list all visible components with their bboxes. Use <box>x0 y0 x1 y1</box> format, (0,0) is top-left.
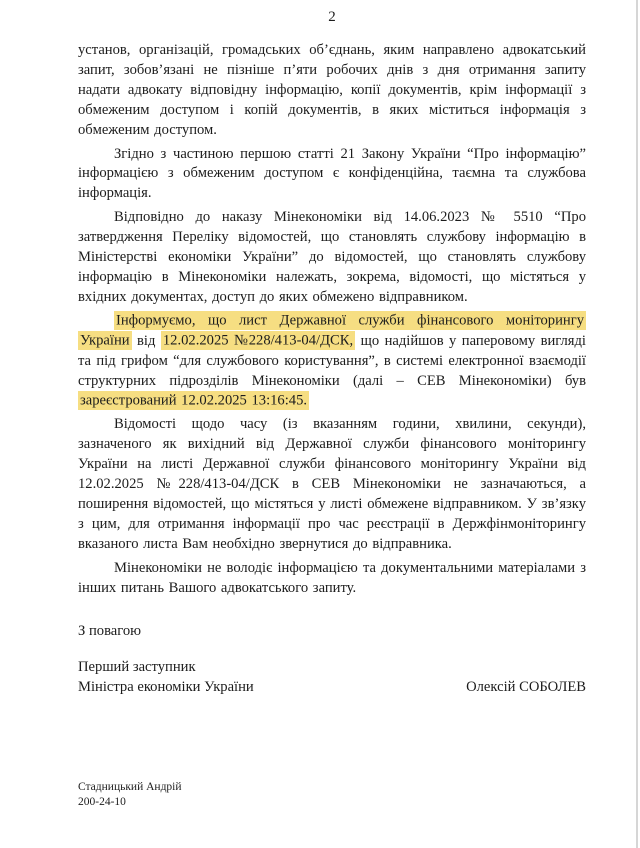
document-page: 2 установ, організацій, громадських об’є… <box>0 0 640 848</box>
document-body: установ, організацій, громадських об’єдн… <box>78 41 586 598</box>
paragraph: Мінекономіки не володіє інформацією та д… <box>78 559 586 599</box>
page-edge-line <box>636 0 638 848</box>
paragraph: Згідно з частиною першою статті 21 Закон… <box>78 145 586 205</box>
signature-role-line2: Міністра економіки України <box>78 678 254 698</box>
paragraph-text: Відповідно до наказу Мінекономіки від 14… <box>78 209 586 305</box>
paragraph-text: Згідно з частиною першою статті 21 Закон… <box>78 146 586 202</box>
highlighted-text: 12.02.2025 №228/413-04/ДСК, <box>161 331 355 350</box>
signature-block: Перший заступник Міністра економіки Укра… <box>78 658 586 698</box>
signature-role-line1: Перший заступник <box>78 658 254 678</box>
paragraph-text: від <box>132 333 161 349</box>
page-number: 2 <box>78 8 586 26</box>
signature-role: Перший заступник Міністра економіки Укра… <box>78 658 254 698</box>
document-content: 2 установ, організацій, громадських об’є… <box>78 8 586 809</box>
executor-phone: 200-24-10 <box>78 795 586 810</box>
executor-block: Стадницький Андрій 200-24-10 <box>78 780 586 809</box>
paragraph: Відомості щодо часу (із вказанням години… <box>78 415 586 554</box>
paragraph: установ, організацій, громадських об’єдн… <box>78 41 586 141</box>
signature-name: Олексій СОБОЛЕВ <box>466 678 586 698</box>
paragraph-text: установ, організацій, громадських об’єдн… <box>78 42 586 138</box>
closing-salutation: З повагою <box>78 622 586 642</box>
executor-name: Стадницький Андрій <box>78 780 586 795</box>
paragraph: Відповідно до наказу Мінекономіки від 14… <box>78 208 586 308</box>
highlighted-text: зареєстрований 12.02.2025 13:16:45. <box>78 391 309 410</box>
paragraph-text: Мінекономіки не володіє інформацією та д… <box>78 560 586 596</box>
paragraph-highlighted: Інформуємо, що лист Державної служби фін… <box>78 312 586 412</box>
paragraph-text: Відомості щодо часу (із вказанням години… <box>78 416 586 551</box>
